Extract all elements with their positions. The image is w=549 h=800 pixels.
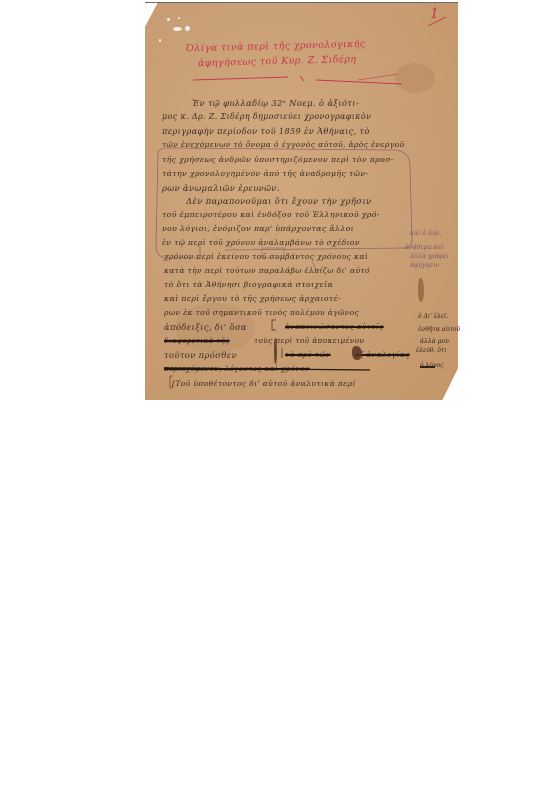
body-line: τῆς χρήσεως ἀνδρῶν ὑποστηριζόμενον περὶ …: [162, 155, 394, 164]
margin-note: ὁ Δι' ἐλεῖ.: [418, 313, 448, 320]
paper-hole: [185, 26, 190, 31]
body-line: μος κ. Δρ. Ζ. Σιδέρη δημοσιεύει χρονογρα…: [162, 112, 371, 121]
body-line: [Τοῦ ὑποθέτοντος δι' αὐτοῦ ἀναλυτικὰ περ…: [172, 379, 356, 388]
ink-blot: [274, 338, 277, 364]
body-line: τοῦτον πρόσθεν: [164, 350, 237, 360]
body-line: κατὰ τὴν περὶ τούτων παραλάβω ἐλπίζω δι'…: [164, 266, 370, 275]
body-line: Δὲν παραπονοῦμαι ὅτι ἔχουν τὴν χρῆσιν: [186, 196, 371, 206]
body-line: Ἐν τῷ φυλλαδίῳ 32ᵃ Νοεμ. ὁ ἀξιότι-: [192, 98, 359, 108]
struck-text: ἐξ ἀναλογίας: [355, 350, 410, 359]
paper-hole: [178, 17, 180, 19]
ink-blot: [352, 346, 362, 360]
margin-note: καὶ ὁ Δηλ.: [410, 230, 441, 237]
body-line: περιγραφὴν περίοδον τοῦ 1859 ἐν Ἀθήναις,…: [162, 126, 370, 136]
body-line: χρόνον περὶ ἐκείνου τοῦ συμβάντος χρόνου…: [164, 252, 368, 261]
body-line: τὸ ὅτι τὰ Ἀθήνησι βιογραφικὰ στοιχεῖα: [164, 280, 333, 289]
paper-hole: [159, 39, 161, 42]
body-line: καὶ περὶ ἔργου τὸ τῆς χρήσεως ἀρχαιοτέ-: [164, 294, 341, 303]
struck-text: τὰ πρὸ τῶν: [285, 350, 331, 359]
struck-text: διαφορετικὰ τῆς: [164, 336, 230, 345]
margin-note: ὁ λόγος: [420, 362, 444, 369]
body-line: τῶν ἐνεχόμενων τὸ ὄνομα ὁ ἐγγονὸς αὐτοῦ,…: [162, 140, 405, 149]
margin-note: ἀφήγησιν: [410, 262, 439, 269]
body-line: τοῦ ἐμπειροτέρου καὶ ἐνδόξου τοῦ Ἑλληνικ…: [162, 210, 380, 219]
struck-text: περιεχόμενον, λέγοντες καὶ χρόνον: [164, 364, 310, 373]
paper-hole: [173, 27, 182, 31]
paper-hole: [167, 18, 170, 21]
ink-blot: [418, 278, 424, 302]
body-line: νου λόγιοι, ἐνόμιζον παρ' ὑπάρχοντας ἄλλ…: [162, 224, 354, 233]
body-line: ρων ἀνωμαλιῶν ἐρευνῶν.: [162, 183, 280, 193]
body-line: τάτην χρονολογημένον ἀπὸ τῆς ἀναδρομῆς τ…: [162, 169, 368, 178]
page-number: 1: [430, 6, 439, 22]
body-line: ἀπόδειξις, δι' ὅσα: [164, 322, 247, 332]
margin-note: ἐλεύθ. ὅτι: [416, 347, 447, 354]
paper-stain: [395, 63, 435, 93]
margin-note: ἀλλὰ γράφει: [410, 253, 449, 260]
body-line: ἐν τῷ περὶ τοῦ χρόνου ἀναλαμβάνω τὸ σχέδ…: [162, 238, 360, 247]
margin-note: ἀνάθεμα καὶ: [405, 244, 444, 251]
margin-note: ἀλλὰ μου: [420, 338, 449, 345]
body-line: ρων ἐκ τοῦ σημαντικοῦ τινὸς πολέμου ἀγῶν…: [164, 308, 359, 317]
scan-edge-line: [145, 2, 458, 3]
margin-note: ἐσθῆτα αὐτοῦ: [418, 326, 460, 333]
body-line: τοὺς περὶ τοῦ ἀποκειμένου: [254, 336, 364, 345]
struck-text: ἀνακοινώσαντες αὐτοῖς: [285, 322, 384, 331]
